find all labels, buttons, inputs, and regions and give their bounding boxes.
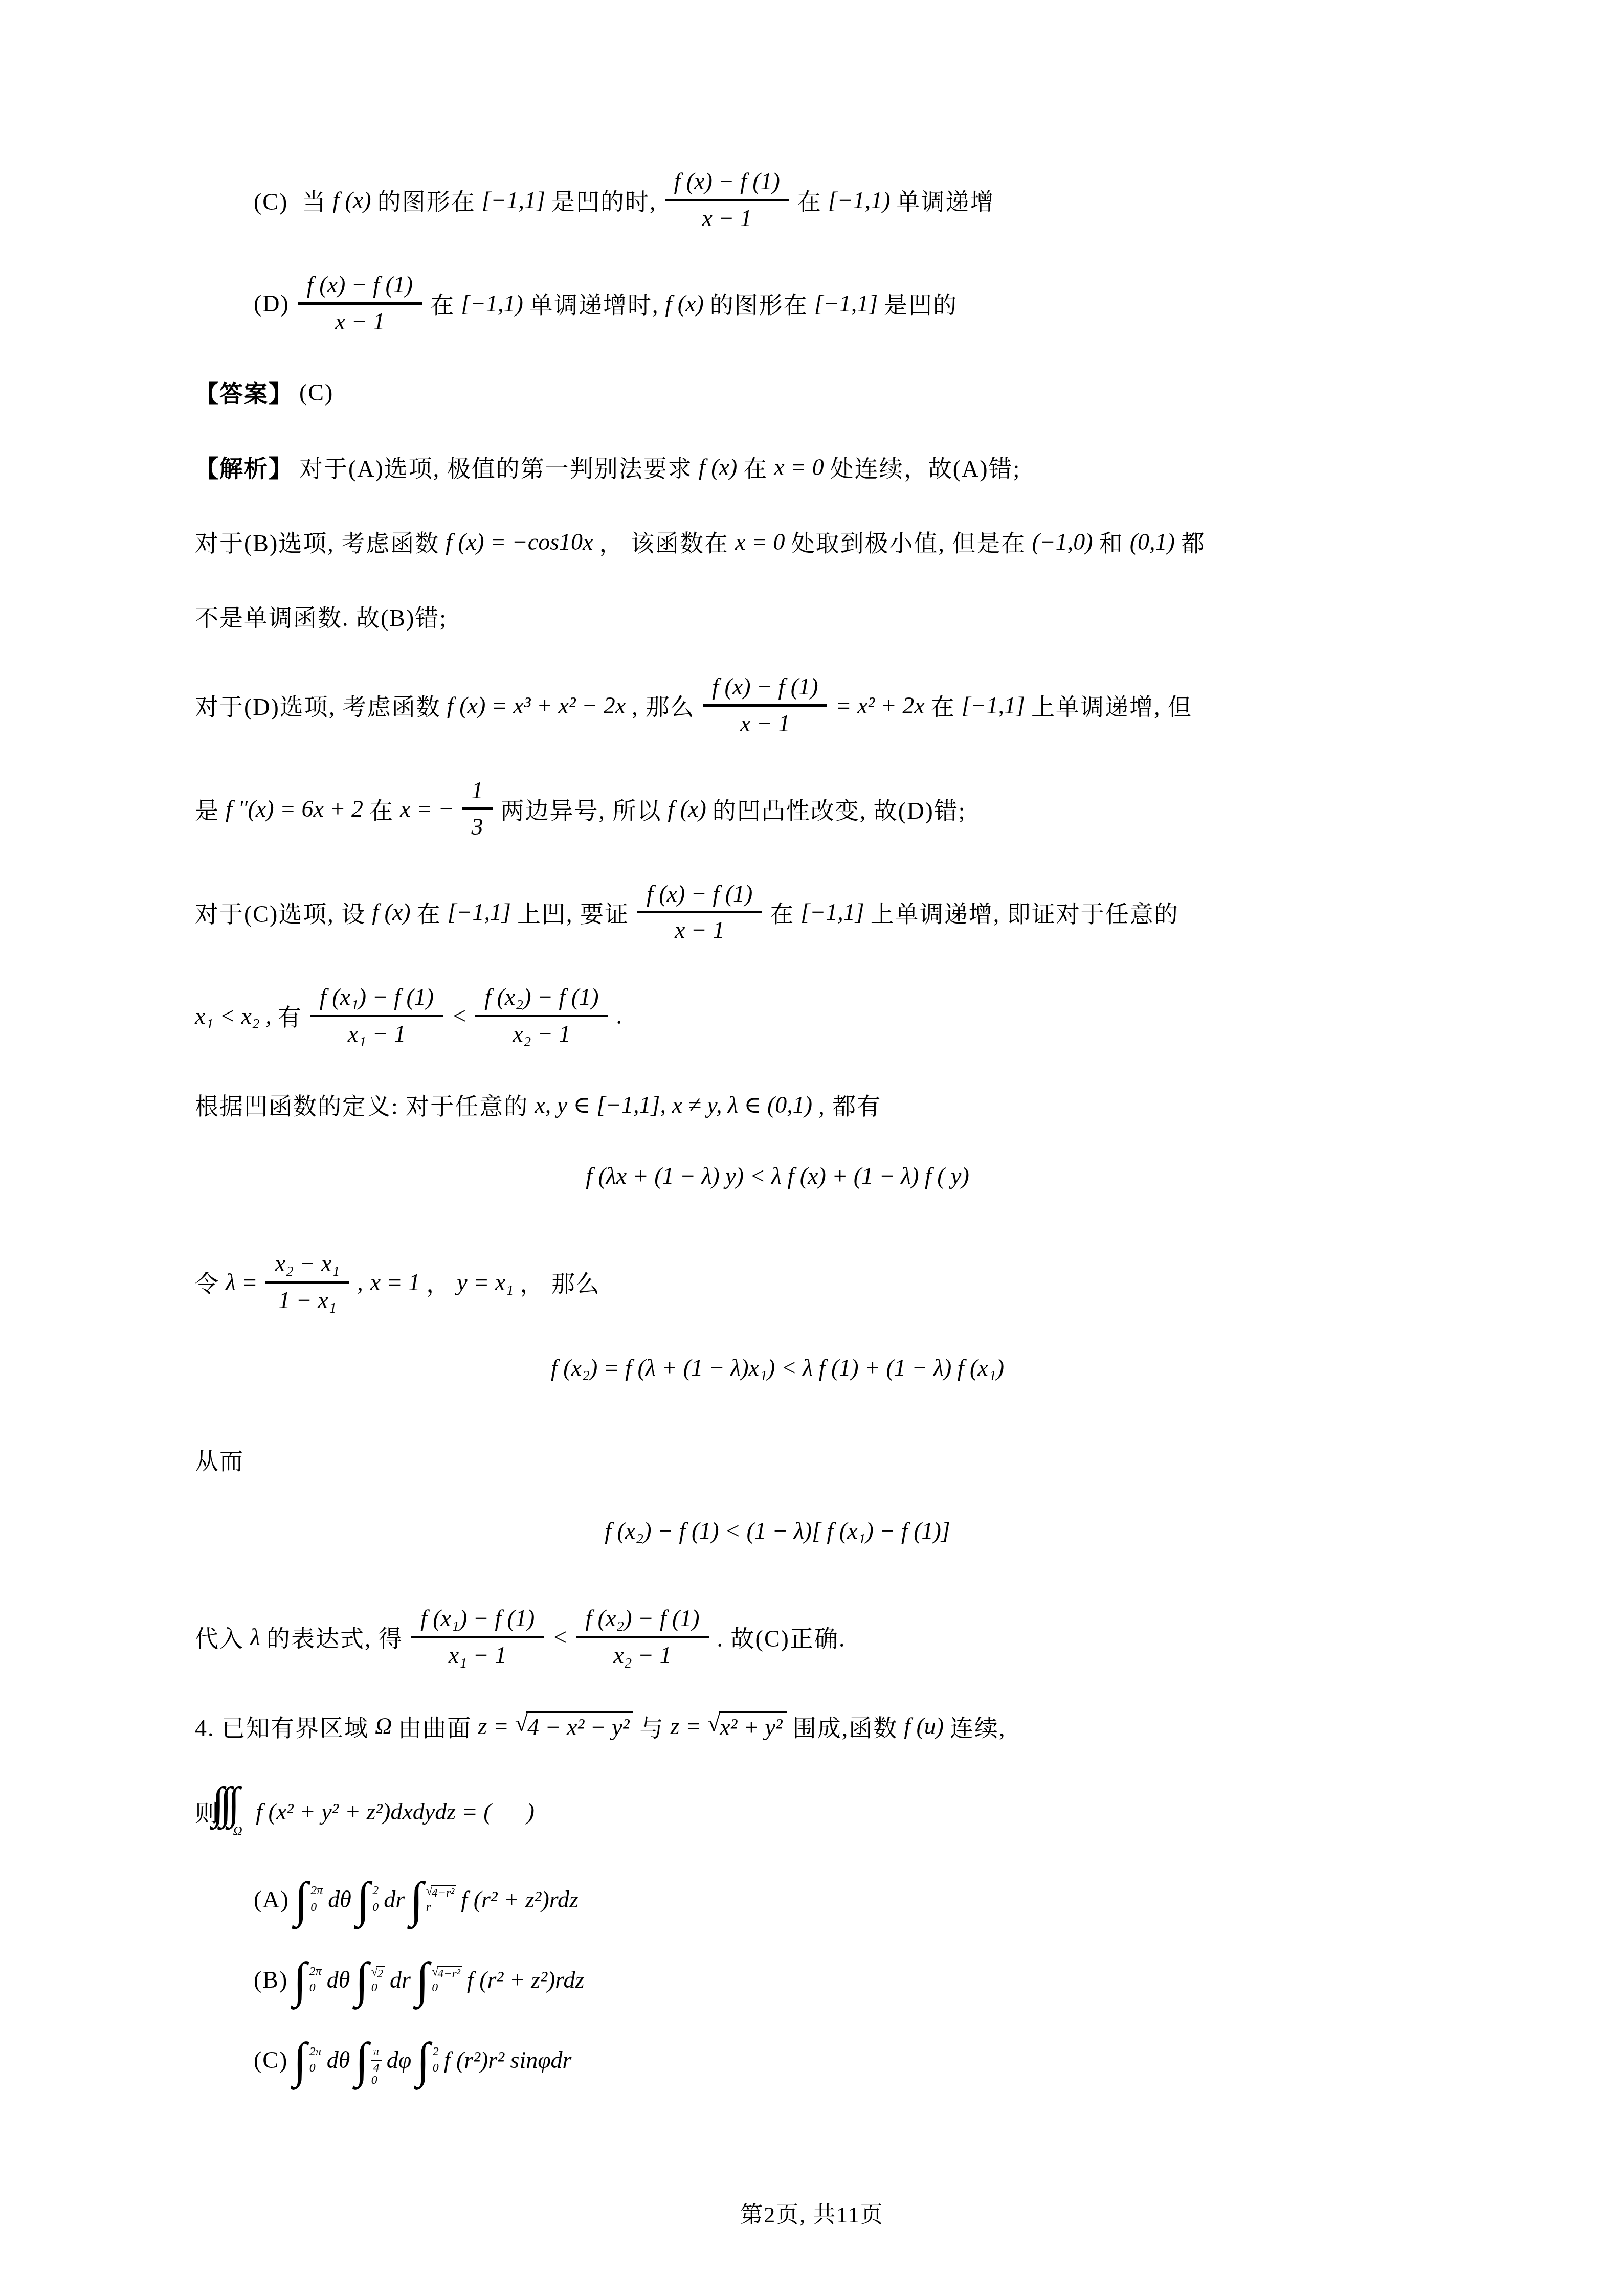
- integral-limits: √4−r²r: [426, 1885, 456, 1914]
- text-segment: 在: [743, 450, 768, 484]
- math-segment: x = 1: [370, 1269, 420, 1296]
- fraction: f (x₂) − f (1)x₂ − 1: [475, 984, 608, 1047]
- fraction-denominator: x − 1: [326, 305, 394, 335]
- integral-limits: 2π0: [309, 1966, 322, 1994]
- integral-limit: 0: [372, 1902, 379, 1914]
- math-segment: [−1,1): [828, 187, 891, 214]
- integral-limit-sqrt: √2: [371, 1966, 385, 1982]
- integral-limits: 20: [433, 2046, 439, 2075]
- text-segment: 是凹的时,: [551, 183, 657, 217]
- text-segment: , 那么: [632, 688, 695, 722]
- integral-sign: ∫: [416, 2040, 430, 2080]
- text-segment: (C): [254, 2046, 288, 2074]
- math-segment: x, y ∈ [−1,1], x ≠ y, λ ∈ (0,1): [535, 1091, 812, 1118]
- integral-limits: 2π0: [310, 1885, 323, 1914]
- math-segment: z =: [478, 1713, 508, 1740]
- integral: ∫√4−r²0: [416, 1960, 462, 1999]
- option-b-integral-line: (B)∫2π0dθ∫√20dr∫√4−r²0f (r² + z²)rdz: [251, 1960, 1547, 1999]
- math-segment: [−1,1]: [448, 898, 511, 926]
- text-segment: 上单调递增, 但: [1031, 688, 1192, 722]
- math-segment: λ =: [226, 1269, 257, 1296]
- option-a-integral-line: (A)∫2π0dθ∫20dr∫√4−r²rf (r² + z²)rdz: [251, 1880, 1547, 1919]
- math-segment: dr: [390, 1966, 411, 1993]
- fraction-denominator: x₁ − 1: [339, 1017, 415, 1047]
- fraction-denominator: x₂ − 1: [604, 1638, 680, 1669]
- integral-limits: 2π0: [309, 2046, 322, 2075]
- text-segment: 不是单调函数. 故(B)错;: [195, 599, 447, 633]
- text-segment: 在: [417, 895, 441, 929]
- fraction-numerator: π: [371, 2046, 382, 2061]
- analysis-line-a: 【解析】对于(A)选项, 极值的第一判别法要求f (x)在x = 0处连续，故(…: [192, 450, 1547, 484]
- text-segment: 在: [797, 183, 822, 217]
- fraction-denominator: 3: [462, 810, 493, 840]
- integral-sign: ∫: [357, 1880, 370, 1919]
- sqrt-body: x² + y²: [719, 1711, 786, 1741]
- math-segment: [−1,1]: [800, 898, 864, 926]
- document-page: (C) 当f (x)的图形在[−1,1]是凹的时,f (x) − f (1)x …: [0, 0, 1624, 2296]
- sqrt-body: 4−r²: [437, 1966, 462, 1982]
- integral-sign: ∫: [355, 2040, 368, 2080]
- text-segment: 在: [369, 792, 394, 826]
- omega-region-label: Ω: [233, 1824, 242, 1839]
- math-segment: f (r² + z²)rdz: [461, 1886, 578, 1913]
- integral: ∫√4−r²r: [410, 1880, 456, 1919]
- text-segment: (C): [299, 379, 333, 406]
- text-segment: 在: [931, 688, 955, 722]
- integral: ∫√20: [355, 1960, 385, 1999]
- option-c-integral-line: (C)∫2π0dθ∫π40dφ∫20f (r²)r² sinφdr: [251, 2040, 1547, 2080]
- text-segment: 处连续，故(A)错;: [830, 450, 1021, 484]
- fraction-denominator: x₁ − 1: [439, 1638, 516, 1669]
- math-segment: [−1,1]: [814, 290, 878, 317]
- math-segment: dθ: [328, 1886, 351, 1913]
- integral-limit: 0: [309, 2062, 316, 2075]
- math-segment: dφ: [387, 2046, 411, 2074]
- math-segment: f (x² + y² + z²)dxdydz = ( ): [256, 1798, 535, 1825]
- math-segment: f (x) = −cos10x: [446, 528, 593, 555]
- analysis-line-c2: x₁ < x₂ ,有f (x₁) − f (1)x₁ − 1<f (x₂) − …: [192, 984, 1547, 1047]
- math-segment: dθ: [327, 2046, 350, 2074]
- integral-sign: ∫: [410, 1880, 423, 1919]
- concave-inequality-equation: f (λx + (1 − λ) y) < λ f (x) + (1 − λ) f…: [192, 1162, 1363, 1189]
- math-segment: f (x) = x³ + x² − 2x: [447, 692, 626, 719]
- integral-limit: 0: [433, 2062, 439, 2075]
- math-segment: f (x): [372, 898, 410, 926]
- fraction-numerator: f (x) − f (1): [637, 881, 762, 914]
- math-segment: dθ: [327, 1966, 350, 1993]
- question-4-integral-line: 则∫∫∫Ωf (x² + y² + z²)dxdydz = ( ): [192, 1784, 1547, 1839]
- label-segment: 【解析】: [195, 450, 293, 484]
- math-segment: λ: [250, 1624, 260, 1651]
- text-segment: 是凹的: [884, 286, 958, 320]
- integral-limits: √4−r²0: [432, 1966, 462, 1994]
- math-segment: x = 0: [774, 454, 824, 481]
- text-segment: 单调递增时,: [529, 286, 659, 320]
- fx2-inequality-equation: f (x₂) = f (λ + (1 − λ)x₁) < λ f (1) + (…: [192, 1354, 1363, 1381]
- math-segment: Ω: [375, 1713, 392, 1740]
- integral-limit: 2π: [309, 2046, 322, 2058]
- text-segment: 与: [639, 1709, 664, 1743]
- fraction: f (x) − f (1)x − 1: [665, 169, 789, 231]
- math-segment: f ″(x) = 6x + 2: [226, 795, 363, 822]
- text-segment: 对于(C)选项, 设: [195, 895, 366, 929]
- question-4-line: 4. 已知有界区域Ω由曲面z =√4 − x² − y²与z =√x² + y²…: [192, 1709, 1547, 1743]
- fraction-numerator: f (x₁) − f (1): [411, 1606, 544, 1638]
- math-segment: <: [451, 1002, 467, 1029]
- text-segment: 处取到极小值, 但是在: [791, 525, 1026, 558]
- math-segment: f (r² + z²)rdz: [467, 1966, 584, 1993]
- fraction: f (x₁) − f (1)x₁ − 1: [411, 1606, 544, 1668]
- text-segment: 则: [195, 1794, 219, 1828]
- math-segment: (−1,0): [1032, 528, 1093, 555]
- math-segment: y = x₁: [457, 1269, 514, 1296]
- integral-limit: r: [426, 1902, 431, 1914]
- integral-sign: ∫: [293, 1960, 306, 1999]
- label-segment: 【答案】: [195, 375, 293, 409]
- text-segment: 根据凹函数的定义: 对于任意的: [195, 1088, 528, 1121]
- fraction: x₂ − x₁1 − x₁: [265, 1251, 349, 1313]
- text-segment: 和: [1099, 525, 1124, 558]
- fraction: f (x) − f (1)x − 1: [298, 272, 422, 334]
- integral-limit: 0: [371, 2075, 377, 2087]
- integral: ∫π40: [355, 2040, 381, 2080]
- integral-limit: 0: [432, 1982, 438, 1994]
- math-segment: x = −: [400, 795, 454, 822]
- triple-integral: ∫∫∫Ω: [228, 1784, 248, 1839]
- integral-limits: 20: [372, 1885, 379, 1914]
- math-segment: x = 0: [735, 528, 785, 555]
- fraction: f (x₂) − f (1)x₂ − 1: [576, 1606, 708, 1668]
- text-segment: , 都有: [818, 1088, 881, 1121]
- fraction: f (x) − f (1)x − 1: [703, 674, 827, 736]
- sqrt-body: 4 − x² − y²: [526, 1711, 634, 1741]
- text-segment: 的图形在: [377, 183, 476, 217]
- sqrt: √4 − x² − y²: [515, 1711, 634, 1741]
- integral-limit-sqrt: √4−r²: [426, 1885, 456, 1901]
- text-segment: 令: [195, 1265, 219, 1299]
- math-segment: f (x): [332, 187, 371, 214]
- math-segment: [−1,1]: [482, 187, 545, 214]
- text-segment: .: [616, 1002, 624, 1029]
- concave-definition-line: 根据凹函数的定义: 对于任意的x, y ∈ [−1,1], x ≠ y, λ ∈…: [192, 1088, 1547, 1121]
- math-segment: [−1,1): [461, 290, 523, 317]
- text-segment: (D): [254, 290, 290, 317]
- text-segment: ， 该函数在: [599, 525, 729, 558]
- integral: ∫20: [416, 2040, 438, 2080]
- fraction: f (x₁) − f (1)x₁ − 1: [310, 984, 443, 1047]
- text-segment: 围成,函数: [793, 1709, 898, 1743]
- fraction-numerator: f (x) − f (1): [298, 272, 422, 305]
- math-segment: [−1,1]: [962, 692, 1025, 719]
- math-segment: = x² + 2x: [835, 692, 924, 719]
- math-segment: f (x): [665, 290, 703, 317]
- triple-integral-sign: ∫∫∫: [228, 1784, 248, 1822]
- integral: ∫20: [357, 1880, 379, 1919]
- math-segment: f (u): [904, 1713, 944, 1740]
- fx2-f1-inequality-equation: f (x₂) − f (1) < (1 − λ)[ f (x₁) − f (1)…: [192, 1517, 1363, 1544]
- fraction-numerator: f (x₂) − f (1): [475, 984, 608, 1017]
- fraction-denominator: x₂ − 1: [503, 1017, 580, 1047]
- fraction-numerator: f (x₁) − f (1): [310, 984, 443, 1017]
- integral-limit-sqrt: √4−r²: [432, 1966, 462, 1982]
- text-segment: 在: [430, 286, 455, 320]
- integral-limit: 2: [372, 1885, 379, 1897]
- text-segment: 都: [1181, 525, 1206, 558]
- integral-sign: ∫: [416, 1960, 429, 1999]
- text-segment: 的表达式, 得: [266, 1620, 403, 1654]
- math-segment: f (r²)r² sinφdr: [444, 2046, 572, 2074]
- analysis-line-b2: 不是单调函数. 故(B)错;: [192, 599, 1547, 633]
- text-segment: . 故(C)正确.: [717, 1620, 846, 1654]
- text-segment: 4. 已知有界区域: [195, 1709, 369, 1743]
- text-segment: (A): [254, 1886, 290, 1913]
- thus-line: 从而: [192, 1443, 1547, 1476]
- text-segment: ， 那么: [520, 1265, 600, 1299]
- analysis-line-d2: 是f ″(x) = 6x + 2在x = −13两边异号, 所以f (x)的凹凸…: [192, 778, 1547, 840]
- fraction-denominator: 1 − x₁: [269, 1284, 345, 1314]
- text-segment: (B): [254, 1966, 288, 1993]
- text-segment: 对于(B)选项, 考虑函数: [195, 525, 439, 558]
- text-segment: 在: [770, 895, 794, 929]
- text-segment: 对于(D)选项, 考虑函数: [195, 688, 441, 722]
- text-segment: 是: [195, 792, 219, 826]
- math-segment: f (λx + (1 − λ) y) < λ f (x) + (1 − λ) f…: [586, 1162, 969, 1189]
- sqrt: √x² + y²: [707, 1711, 787, 1741]
- text-segment: 代入: [195, 1620, 244, 1654]
- math-segment: f (x): [668, 795, 706, 822]
- integral-limit-fraction: π4: [371, 2046, 382, 2075]
- integral-sign: ∫: [295, 1880, 308, 1919]
- lambda-definition-line: 令λ =x₂ − x₁1 − x₁,x = 1，y = x₁， 那么: [192, 1251, 1547, 1313]
- text-segment: 上单调递增, 即证对于任意的: [871, 895, 1179, 929]
- fraction: 13: [462, 778, 493, 840]
- fraction-numerator: f (x) − f (1): [703, 674, 827, 707]
- fraction-numerator: 1: [462, 778, 493, 811]
- text-segment: 从而: [195, 1443, 244, 1476]
- integral: ∫2π0: [293, 1960, 321, 1999]
- math-segment: f (x₂) = f (λ + (1 − λ)x₁) < λ f (1) + (…: [551, 1354, 1004, 1381]
- text-segment: 两边异号, 所以: [501, 792, 662, 826]
- integral-limit: 2π: [309, 1966, 322, 1978]
- math-segment: dr: [384, 1886, 405, 1913]
- integral-limits: π40: [371, 2046, 382, 2075]
- text-segment: 有: [278, 999, 302, 1032]
- fraction-numerator: f (x) − f (1): [665, 169, 789, 201]
- analysis-line-c1: 对于(C)选项, 设f (x)在[−1,1]上凹, 要证f (x) − f (1…: [192, 881, 1547, 943]
- fraction-numerator: x₂ − x₁: [265, 1251, 349, 1284]
- fraction-denominator: x − 1: [693, 201, 761, 232]
- text-segment: 连续,: [950, 1709, 1006, 1743]
- sqrt-body: 2: [376, 1966, 385, 1982]
- fraction-denominator: x − 1: [731, 707, 799, 737]
- text-segment: (C) 当: [254, 183, 326, 217]
- math-segment: <: [552, 1624, 568, 1651]
- text-segment: 的图形在: [710, 286, 808, 320]
- math-segment: x₁ < x₂ ,: [195, 1002, 272, 1029]
- fraction-denominator: 4: [373, 2061, 380, 2075]
- document-content: (C) 当f (x)的图形在[−1,1]是凹的时,f (x) − f (1)x …: [192, 169, 1547, 2121]
- answer-line: 【答案】(C): [192, 375, 1547, 409]
- integral-limit: 2: [433, 2046, 439, 2058]
- math-segment: (0,1): [1130, 528, 1175, 555]
- integral-limit: 0: [371, 1982, 377, 1994]
- fraction-numerator: f (x₂) − f (1): [576, 1606, 708, 1638]
- integral-sign: ∫: [293, 2040, 306, 2080]
- text-segment: 由曲面: [398, 1709, 472, 1743]
- integral-limit: 0: [310, 1902, 317, 1914]
- integral: ∫2π0: [293, 2040, 321, 2080]
- integral-limits: √20: [371, 1966, 385, 1994]
- text-segment: 对于(A)选项, 极值的第一判别法要求: [299, 450, 693, 484]
- integral-limit: 0: [309, 1982, 316, 1994]
- sqrt-body: 4−r²: [431, 1885, 456, 1901]
- text-segment: 单调递增: [897, 183, 995, 217]
- text-segment: 的凹凸性改变, 故(D)错;: [713, 792, 966, 826]
- math-segment: f (x): [699, 454, 737, 481]
- text-segment: 上凹, 要证: [517, 895, 629, 929]
- option-c-line: (C) 当f (x)的图形在[−1,1]是凹的时,f (x) − f (1)x …: [251, 169, 1547, 231]
- fraction: f (x) − f (1)x − 1: [637, 881, 762, 943]
- page-footer: 第2页, 共11页: [0, 2196, 1624, 2229]
- text-segment: ,: [357, 1269, 364, 1296]
- fraction-denominator: x − 1: [665, 913, 733, 943]
- text-segment: ，: [426, 1265, 451, 1299]
- substitute-lambda-line: 代入λ的表达式, 得f (x₁) − f (1)x₁ − 1<f (x₂) − …: [192, 1606, 1547, 1668]
- integral: ∫2π0: [295, 1880, 323, 1919]
- option-d-line: (D)f (x) − f (1)x − 1在[−1,1)单调递增时,f (x)的…: [251, 272, 1547, 334]
- integral-sign: ∫: [355, 1960, 368, 1999]
- integral-limit: 2π: [310, 1885, 323, 1897]
- analysis-line-b1: 对于(B)选项, 考虑函数f (x) = −cos10x， 该函数在x = 0处…: [192, 525, 1547, 558]
- math-segment: f (x₂) − f (1) < (1 − λ)[ f (x₁) − f (1)…: [605, 1517, 950, 1544]
- math-segment: z =: [670, 1713, 701, 1740]
- analysis-line-d1: 对于(D)选项, 考虑函数f (x) = x³ + x² − 2x, 那么f (…: [192, 674, 1547, 736]
